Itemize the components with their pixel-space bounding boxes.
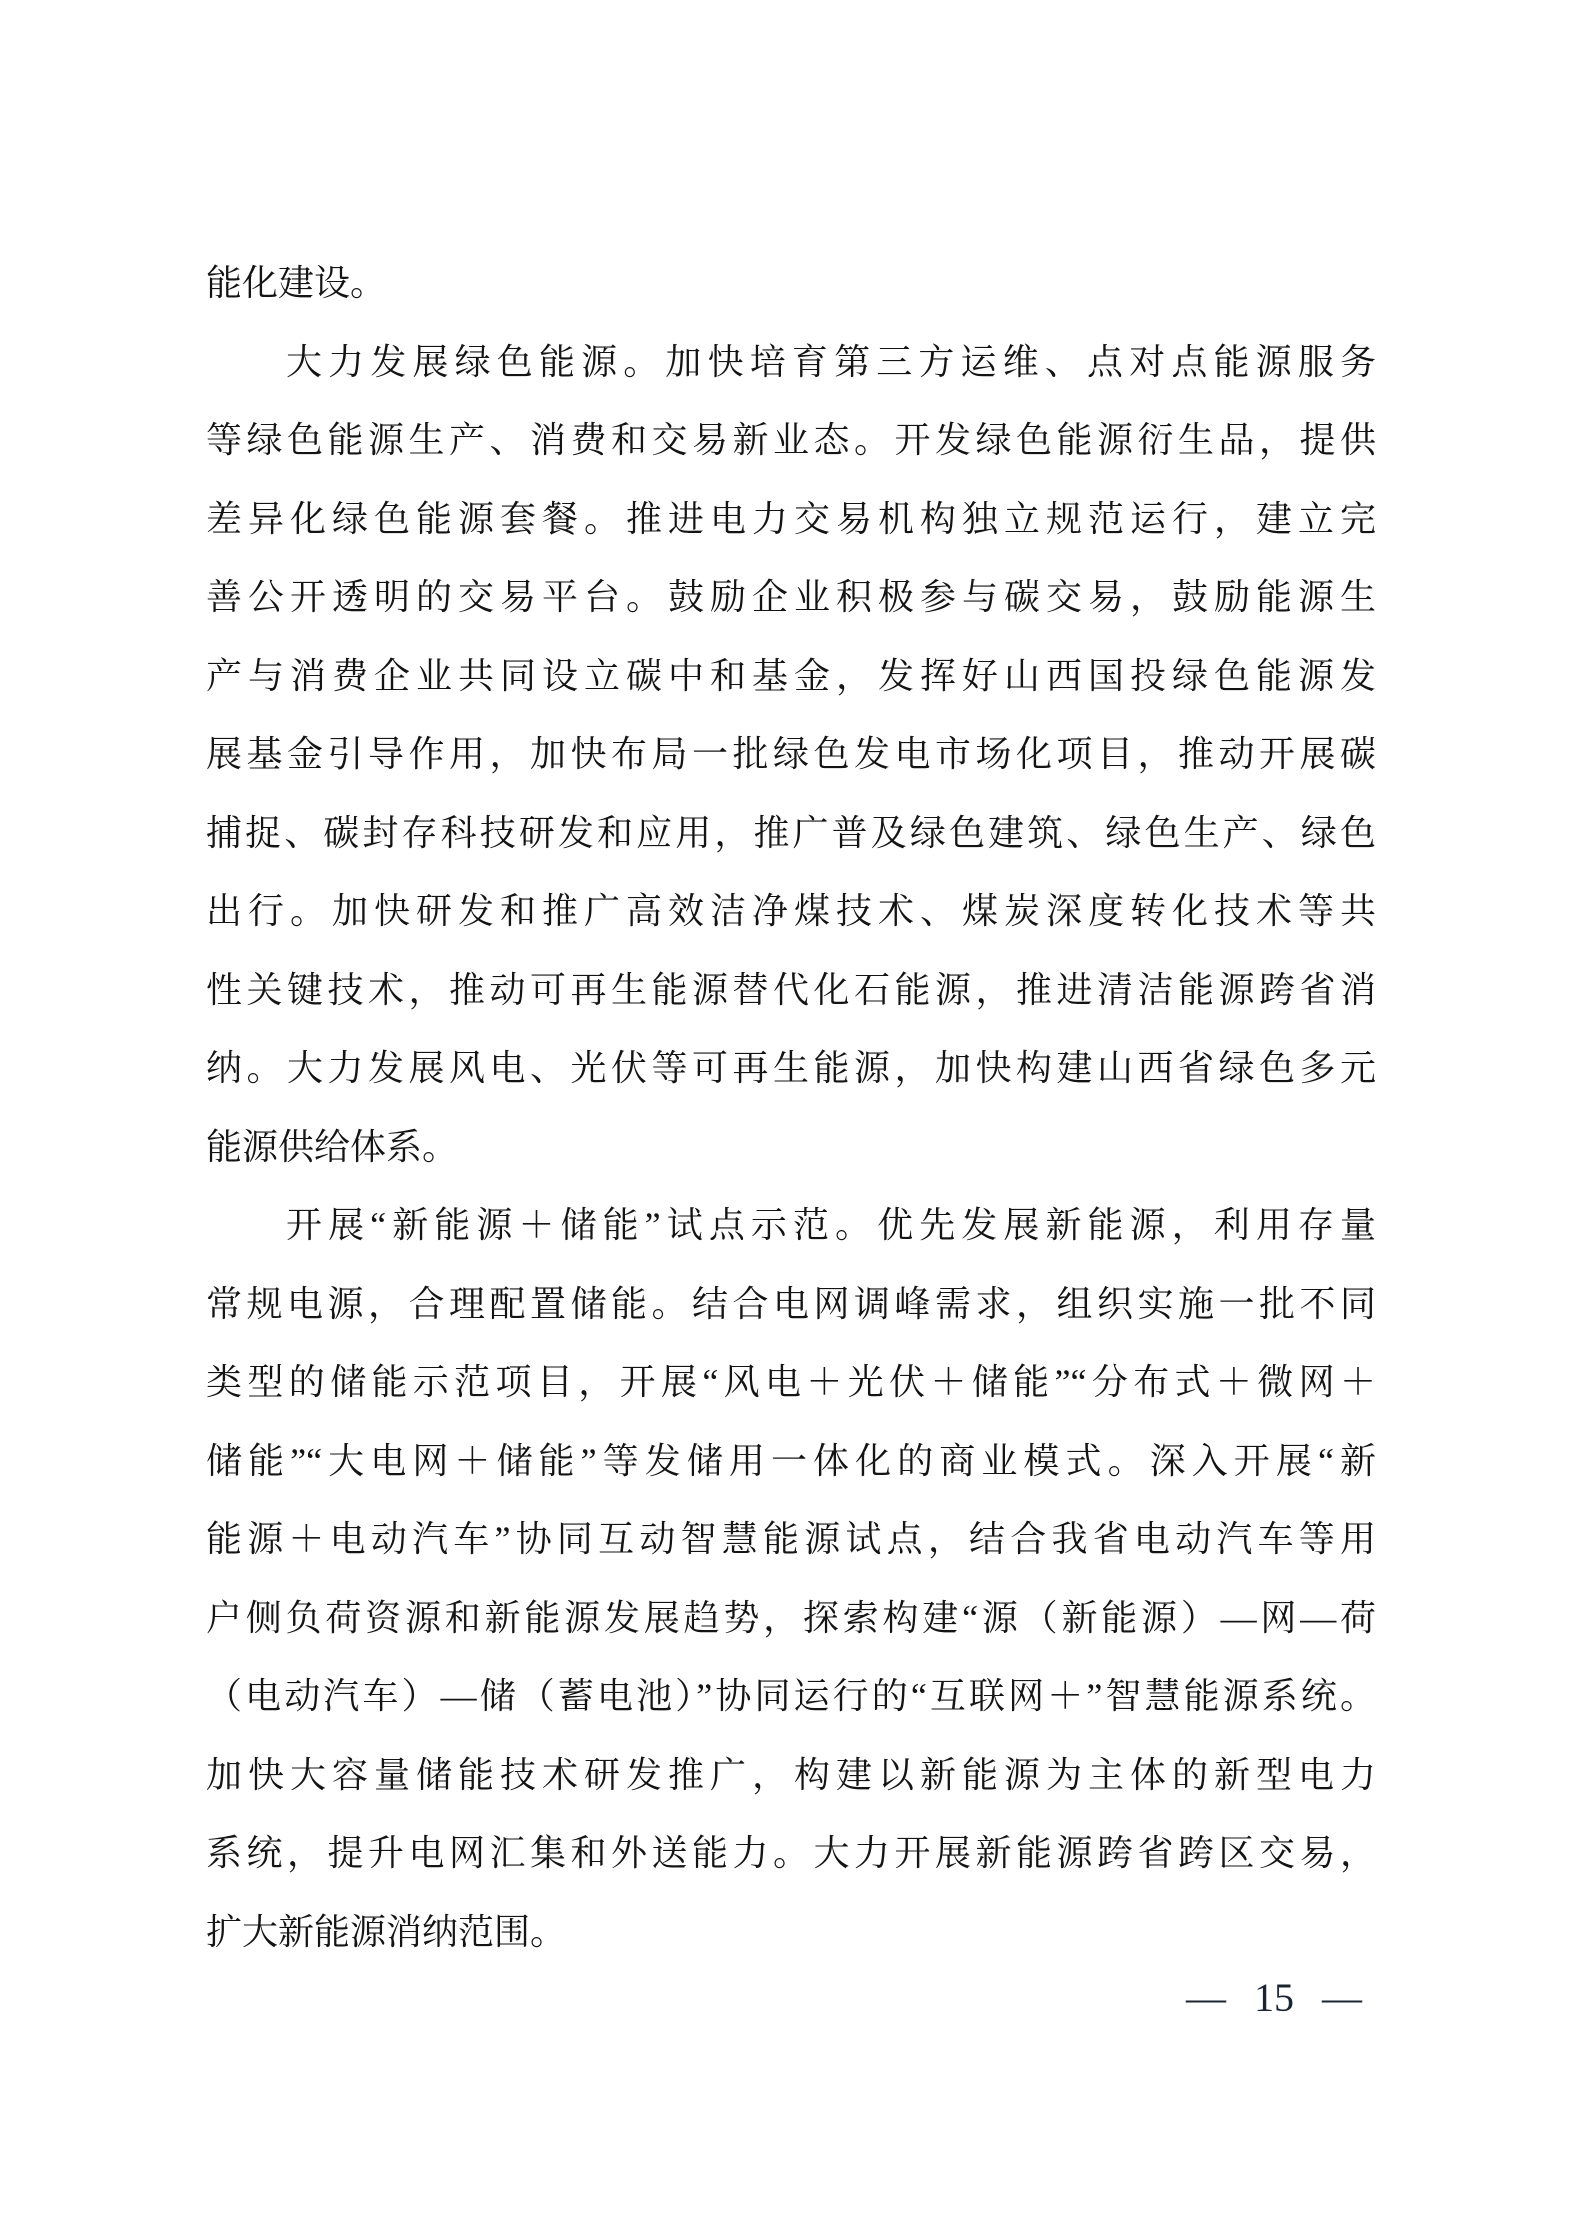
document-page: 能化建设。大力发展绿色能源。加快培育第三方运维、点对点能源服务等绿色能源生产、消… [0, 0, 1581, 2217]
text-line: 大力发展绿色能源。加快培育第三方运维、点对点能源服务 [206, 323, 1376, 402]
text-line: 能源供给体系。 [206, 1108, 1376, 1187]
page-number: 15 [1254, 1975, 1294, 2021]
body-text: 能化建设。大力发展绿色能源。加快培育第三方运维、点对点能源服务等绿色能源生产、消… [206, 244, 1376, 1971]
page-footer: — 15 — [1186, 1975, 1362, 2021]
text-line: 开展“新能源＋储能”试点示范。优先发展新能源，利用存量 [206, 1186, 1376, 1265]
text-line: 展基金引导作用，加快布局一批绿色发电市场化项目，推动开展碳 [206, 715, 1376, 794]
text-line: 捕捉、碳封存科技研发和应用，推广普及绿色建筑、绿色生产、绿色 [206, 794, 1376, 873]
text-line: 差异化绿色能源套餐。推进电力交易机构独立规范运行，建立完 [206, 480, 1376, 559]
text-line: 产与消费企业共同设立碳中和基金，发挥好山西国投绿色能源发 [206, 637, 1376, 716]
text-line: 性关键技术，推动可再生能源替代化石能源，推进清洁能源跨省消 [206, 951, 1376, 1030]
footer-dash-left: — [1186, 1975, 1226, 2021]
text-line: 扩大新能源消纳范围。 [206, 1893, 1376, 1972]
text-line: 善公开透明的交易平台。鼓励企业积极参与碳交易，鼓励能源生 [206, 558, 1376, 637]
text-line: （电动汽车）—储（蓄电池）”协同运行的“互联网＋”智慧能源系统。 [206, 1657, 1376, 1736]
text-line: 系统，提升电网汇集和外送能力。大力开展新能源跨省跨区交易， [206, 1814, 1376, 1893]
text-line: 出行。加快研发和推广高效洁净煤技术、煤炭深度转化技术等共 [206, 872, 1376, 951]
text-line: 储能”“大电网＋储能”等发储用一体化的商业模式。深入开展“新 [206, 1422, 1376, 1501]
text-line: 纳。大力发展风电、光伏等可再生能源，加快构建山西省绿色多元 [206, 1029, 1376, 1108]
text-line: 户侧负荷资源和新能源发展趋势，探索构建“源（新能源）—网—荷 [206, 1579, 1376, 1658]
text-line: 等绿色能源生产、消费和交易新业态。开发绿色能源衍生品，提供 [206, 401, 1376, 480]
text-line: 常规电源，合理配置储能。结合电网调峰需求，组织实施一批不同 [206, 1265, 1376, 1344]
text-line: 能化建设。 [206, 244, 1376, 323]
text-line: 类型的储能示范项目，开展“风电＋光伏＋储能”“分布式＋微网＋ [206, 1343, 1376, 1422]
text-line: 能源＋电动汽车”协同互动智慧能源试点，结合我省电动汽车等用 [206, 1500, 1376, 1579]
footer-dash-right: — [1322, 1975, 1362, 2021]
text-line: 加快大容量储能技术研发推广，构建以新能源为主体的新型电力 [206, 1736, 1376, 1815]
